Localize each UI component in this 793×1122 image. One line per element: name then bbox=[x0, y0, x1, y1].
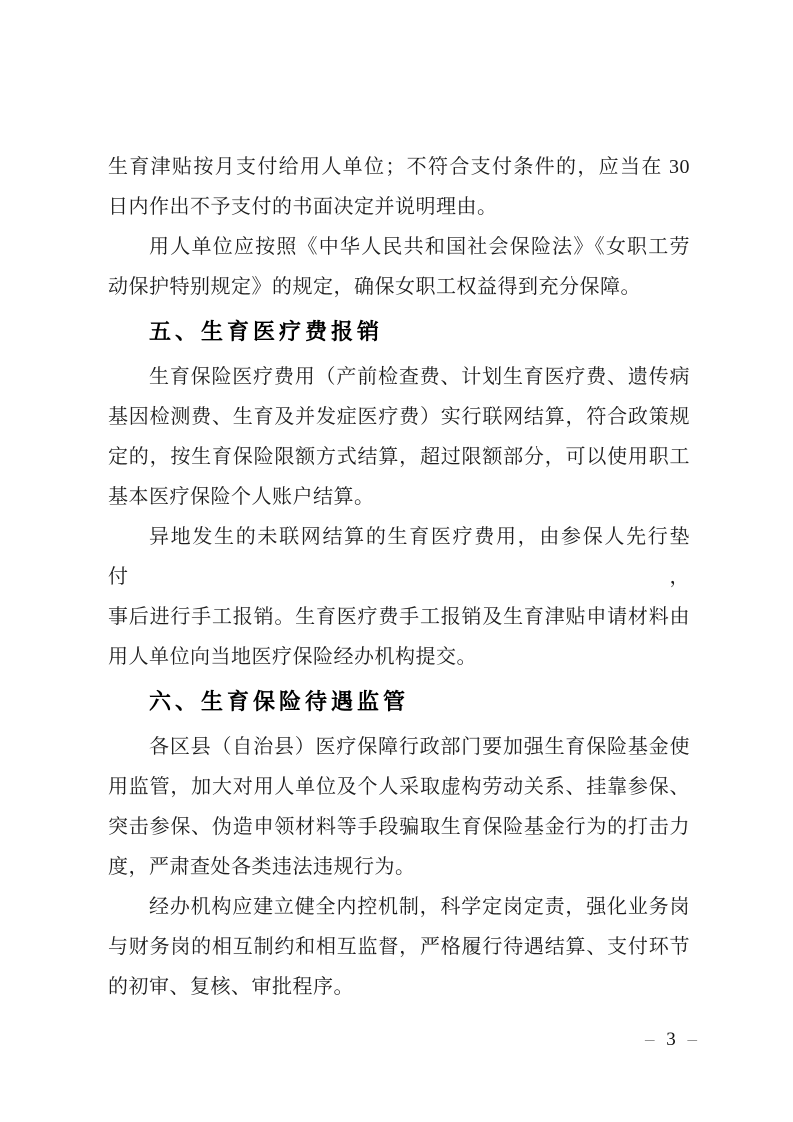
page-number-footer: – 3 – bbox=[645, 1029, 697, 1051]
document-body: 生育津贴按月支付给用人单位；不符合支付条件的，应当在 30 日内作出不予支付的书… bbox=[108, 147, 690, 1007]
paragraph: 各区县（自治县）医疗保障行政部门要加强生育保险基金使 用监管，加大对用人单位及个… bbox=[108, 727, 690, 887]
body-text-line: 各区县（自治县）医疗保障行政部门要加强生育保险基金使 bbox=[108, 727, 690, 767]
body-text-line: 用监管，加大对用人单位及个人采取虚构劳动关系、挂靠参保、 bbox=[108, 767, 690, 807]
body-text-line: 生育津贴按月支付给用人单位；不符合支付条件的，应当在 30 bbox=[108, 147, 690, 187]
paragraph: 经办机构应建立健全内控机制，科学定岗定责，强化业务岗 与财务岗的相互制约和相互监… bbox=[108, 887, 690, 1007]
section-heading-6: 六、生育保险待遇监管 bbox=[149, 682, 690, 722]
paragraph: 用人单位应按照《中华人民共和国社会保险法》《女职工劳 动保护特别规定》的规定，确… bbox=[108, 227, 690, 307]
footer-left-dash: – bbox=[645, 1029, 655, 1051]
body-text-line: 突击参保、伪造申领材料等手段骗取生育保险基金行为的打击力 bbox=[108, 807, 690, 847]
body-text-line: 与财务岗的相互制约和相互监督，严格履行待遇结算、支付环节 bbox=[108, 927, 690, 967]
paragraph: 生育保险医疗费用（产前检查费、计划生育医疗费、遗传病 基因检测费、生育及并发症医… bbox=[108, 357, 690, 517]
footer-right-dash: – bbox=[688, 1029, 698, 1051]
body-text-line: 动保护特别规定》的规定，确保女职工权益得到充分保障。 bbox=[108, 267, 690, 307]
body-text-line: 基本医疗保险个人账户结算。 bbox=[108, 477, 690, 517]
body-text-line: 用人单位向当地医疗保险经办机构提交。 bbox=[108, 637, 690, 677]
paragraph: 生育津贴按月支付给用人单位；不符合支付条件的，应当在 30 日内作出不予支付的书… bbox=[108, 147, 690, 227]
body-text-line: 基因检测费、生育及并发症医疗费）实行联网结算，符合政策规 bbox=[108, 397, 690, 437]
body-text-line: 用人单位应按照《中华人民共和国社会保险法》《女职工劳 bbox=[108, 227, 690, 267]
body-text-line: 的初审、复核、审批程序。 bbox=[108, 967, 690, 1007]
body-text-line: 生育保险医疗费用（产前检查费、计划生育医疗费、遗传病 bbox=[108, 357, 690, 397]
body-text-line: 定的，按生育保险限额方式结算，超过限额部分，可以使用职工 bbox=[108, 437, 690, 477]
body-text-line: 度，严肃查处各类违法违规行为。 bbox=[108, 847, 690, 887]
document-page: 生育津贴按月支付给用人单位；不符合支付条件的，应当在 30 日内作出不予支付的书… bbox=[0, 0, 793, 1122]
body-text-line: 经办机构应建立健全内控机制，科学定岗定责，强化业务岗 bbox=[108, 887, 690, 927]
body-text-line: 日内作出不予支付的书面决定并说明理由。 bbox=[108, 187, 690, 227]
paragraph: 异地发生的未联网结算的生育医疗费用，由参保人先行垫付， 事后进行手工报销。生育医… bbox=[108, 517, 690, 677]
body-text-line: 异地发生的未联网结算的生育医疗费用，由参保人先行垫付， bbox=[108, 517, 690, 597]
section-heading-5: 五、生育医疗费报销 bbox=[149, 312, 690, 352]
body-text-line: 事后进行手工报销。生育医疗费手工报销及生育津贴申请材料由 bbox=[108, 597, 690, 637]
page-number: 3 bbox=[666, 1029, 676, 1051]
